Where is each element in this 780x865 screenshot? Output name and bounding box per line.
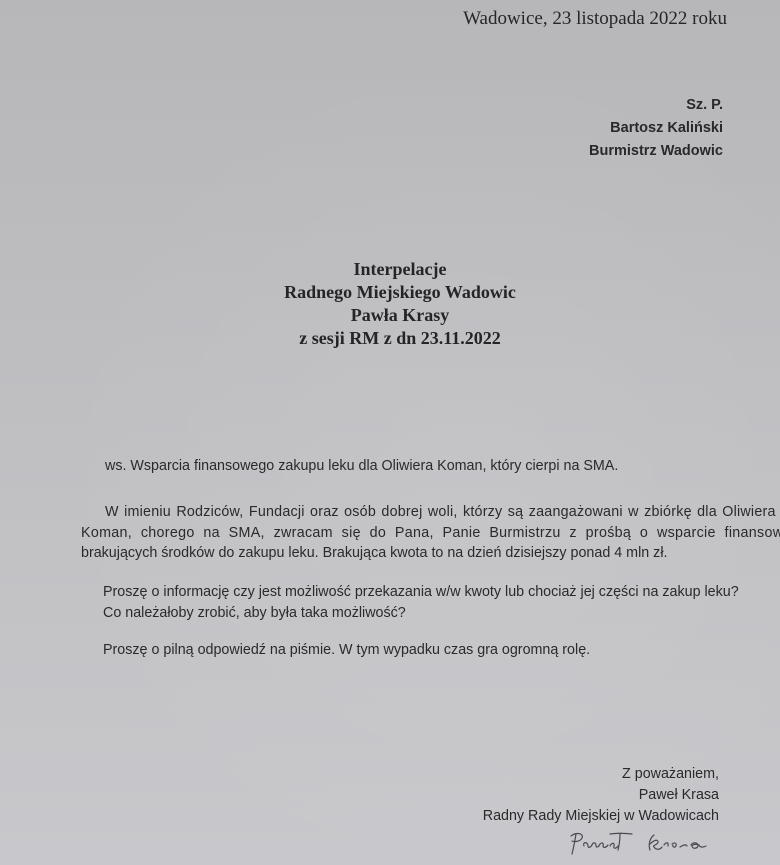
paragraph-question: Proszę o informację czy jest możliwość p… [103,582,741,623]
closing-role: Radny Rady Miejskiej w Wadowicach [483,806,719,827]
paragraph-line: brakujących środków do zakupu leku. Brak… [81,543,719,564]
title-line: z sesji RM z dn 23.11.2022 [150,327,650,350]
document-title: Interpelacje Radnego Miejskiego Wadowic … [150,258,650,350]
title-line: Radnego Miejskiego Wadowic [150,281,650,304]
paragraph-line-text: Koman, chorego na SMA, zwracam się do Pa… [81,523,780,544]
paragraph-request: W imieniu Rodziców, Fundacji oraz osób d… [81,502,719,564]
subject-line: ws. Wsparcia finansowego zakupu leku dla… [105,458,743,474]
recipient-name: Bartosz Kaliński [589,117,723,140]
signature-icon [566,828,716,858]
recipient-block: Sz. P. Bartosz Kaliński Burmistrz Wadowi… [589,94,723,163]
paragraph-line: Proszę o pilną odpowiedź na piśmie. W ty… [103,640,741,661]
recipient-position: Burmistrz Wadowic [589,140,723,163]
paragraph-line-text: W imieniu Rodziców, Fundacji oraz osób d… [105,502,776,523]
paragraph-line: Koman, chorego na SMA, zwracam się do Pa… [81,523,719,544]
closing-regards: Z poważaniem, [483,764,719,785]
closing-name: Paweł Krasa [483,785,719,806]
paragraph-line: Proszę o informację czy jest możliwość p… [103,582,741,603]
closing-block: Z poważaniem, Paweł Krasa Radny Rady Mie… [483,764,719,827]
title-line: Pawła Krasy [150,304,650,327]
recipient-salutation: Sz. P. [589,94,723,117]
date-line: Wadowice, 23 listopada 2022 roku [463,8,727,30]
title-line: Interpelacje [150,258,650,281]
paragraph-urgent: Proszę o pilną odpowiedź na piśmie. W ty… [103,640,741,661]
paragraph-line: W imieniu Rodziców, Fundacji oraz osób d… [81,502,719,523]
paragraph-line: Co należałoby zrobić, aby była taka możl… [103,603,741,624]
